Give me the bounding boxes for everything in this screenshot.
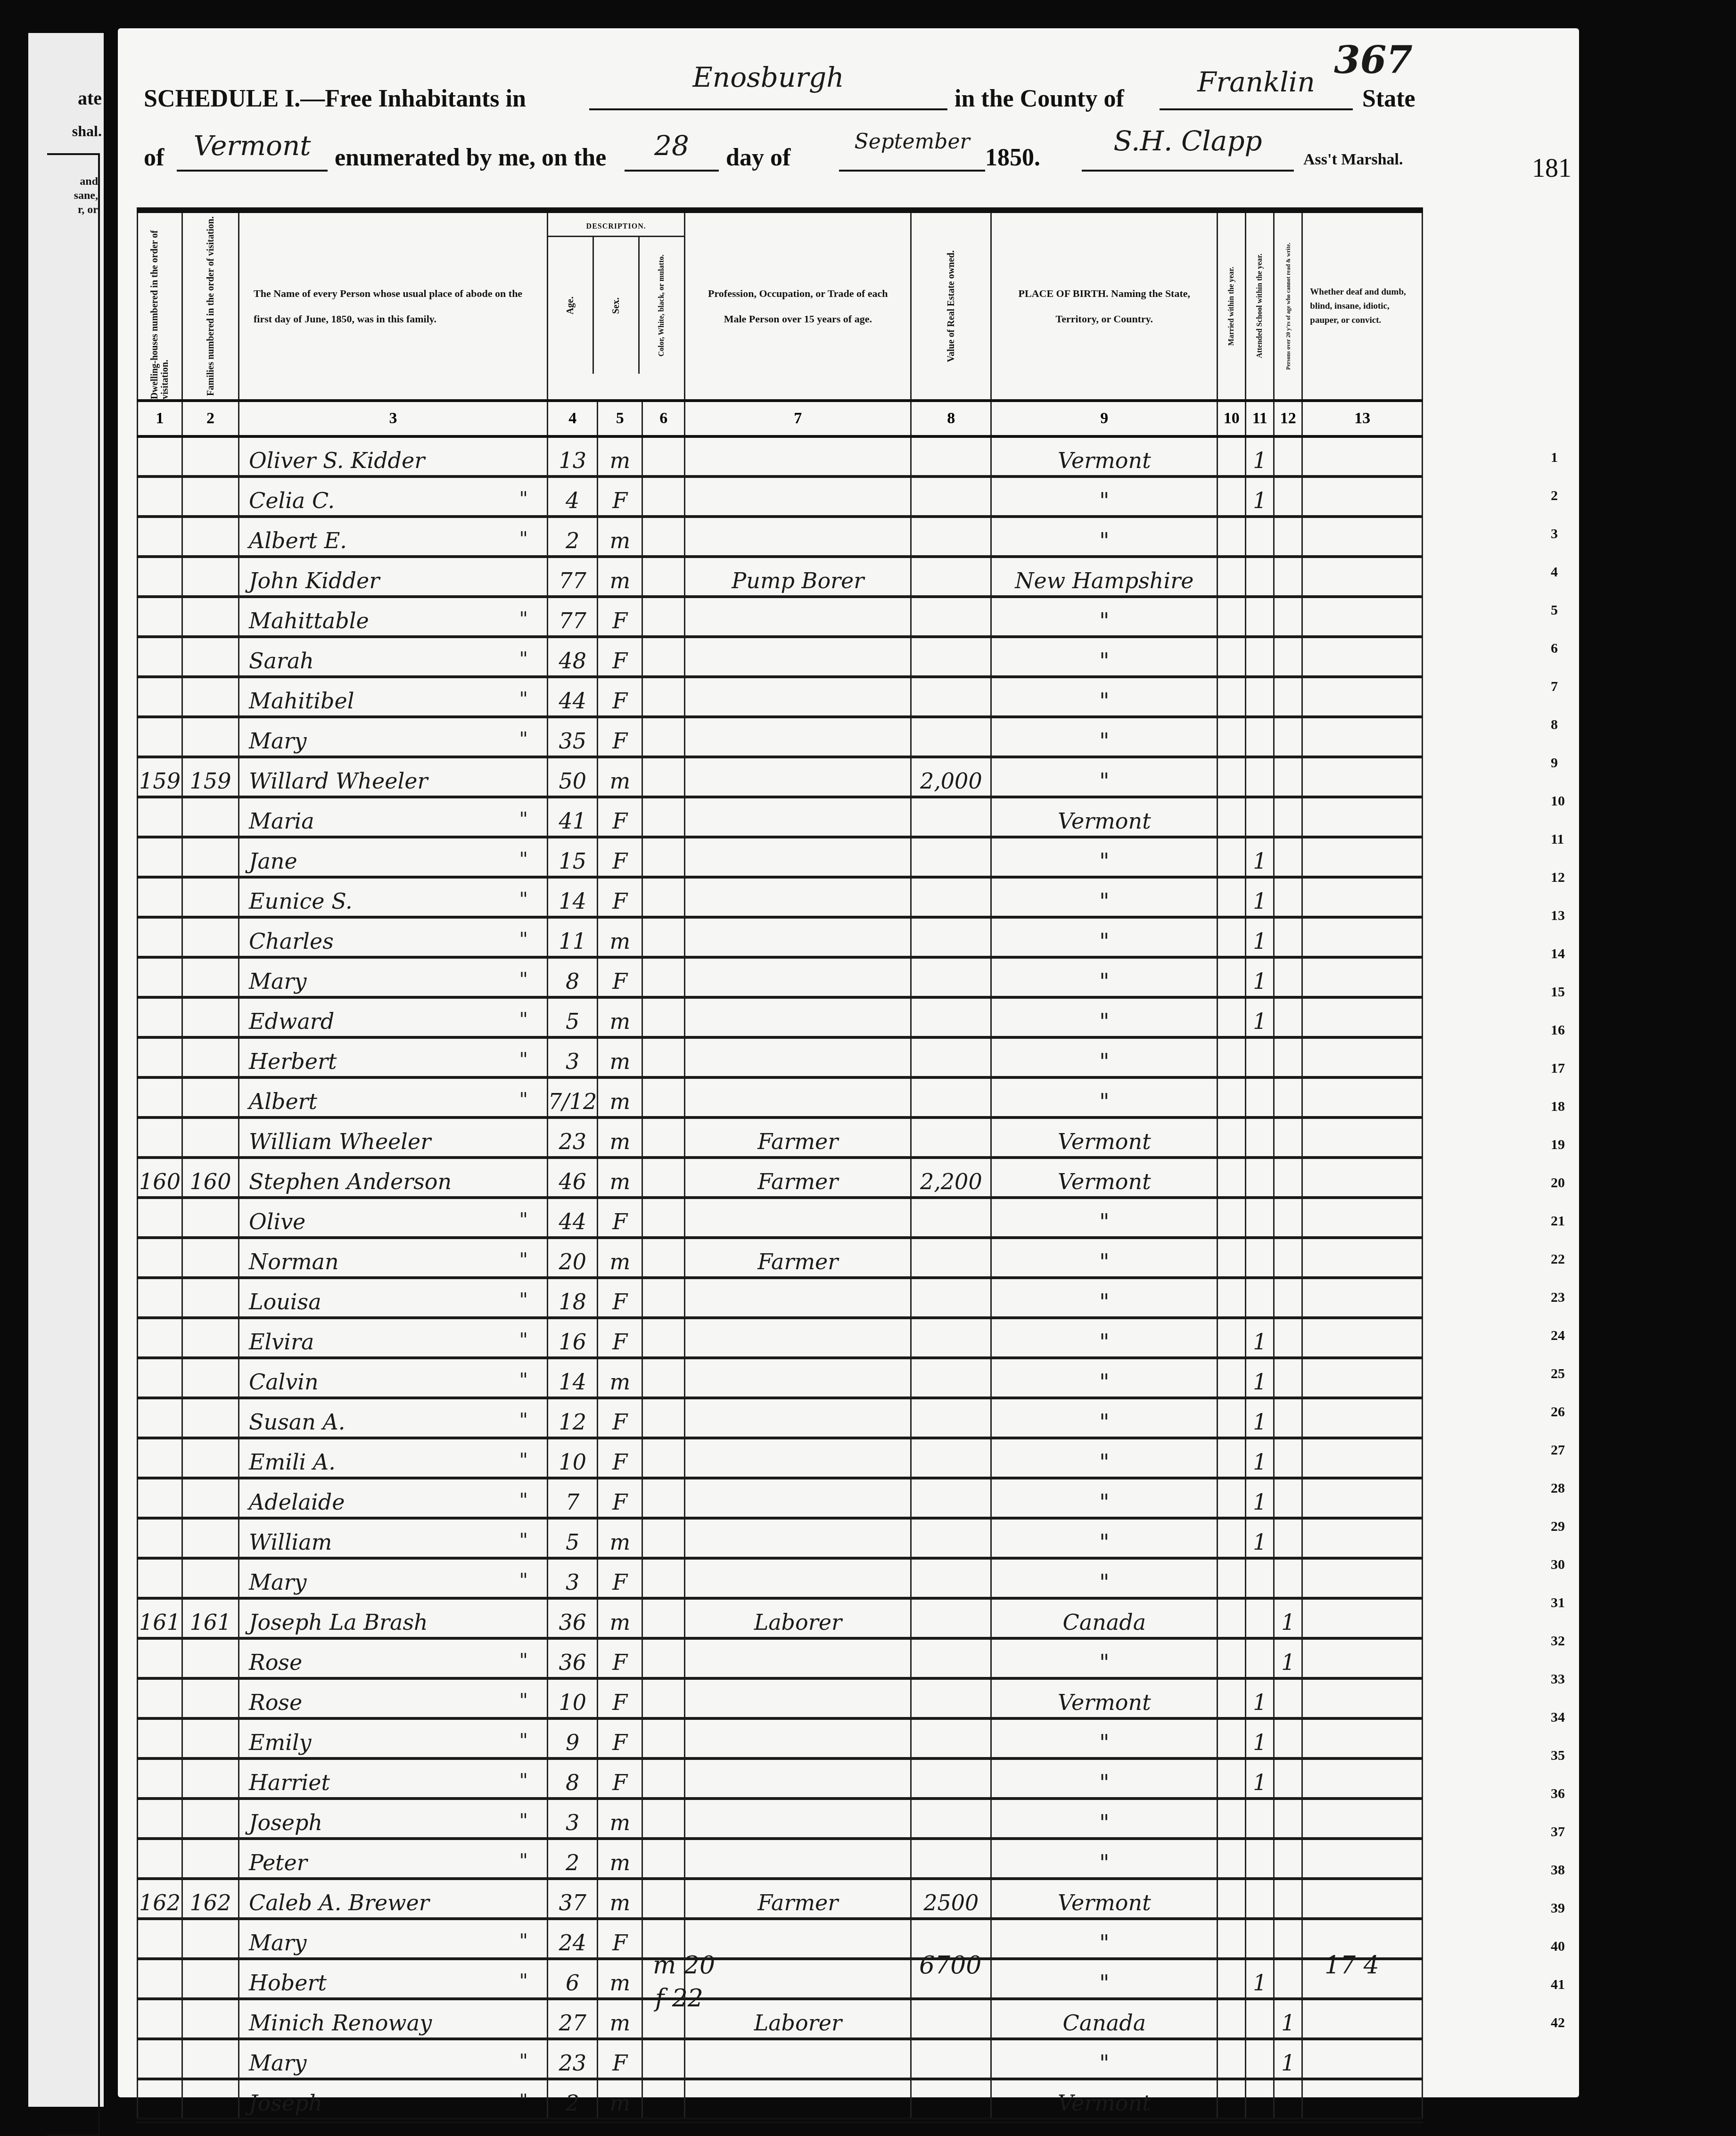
occupation-cell [685,997,911,1037]
illiterate-cell [1274,1558,1302,1598]
person-name: Mahittable [249,608,369,633]
dwelling-cell [138,1678,182,1718]
real-estate-cell [911,997,991,1037]
table-row: 162162Caleb A. Brewer37mFarmer2500Vermon… [138,1879,1423,1919]
color-cell [642,1077,685,1117]
family-cell [182,997,239,1037]
line-number: 3 [1551,526,1558,542]
state-field: Vermont [177,130,328,172]
family-cell [182,2039,239,2079]
illiterate-cell [1274,517,1302,557]
dwelling-cell [138,1037,182,1077]
person-name: Willard Wheeler [249,768,428,794]
condition-cell [1302,997,1423,1037]
birthplace-cell: New Hampshire [991,557,1218,597]
line-number: 42 [1551,2015,1565,2031]
condition-cell [1302,1638,1423,1678]
illiterate-cell [1274,1158,1302,1198]
color-cell [642,957,685,997]
condition-cell [1302,717,1423,757]
surname-ditto: " [519,1690,528,1715]
family-cell [182,957,239,997]
person-name-cell: Harriet" [239,1758,548,1799]
surname-ditto: " [519,2090,528,2116]
school-cell [1246,1598,1274,1638]
school-cell: 1 [1246,1398,1274,1438]
surname-ditto: " [519,608,528,633]
person-name-cell: Minich Renoway [239,1999,548,2039]
illiterate-cell [1274,1718,1302,1758]
surname-ditto: " [519,1289,528,1314]
birthplace-cell: " [991,1238,1218,1278]
col-condition-header: Whether deaf and dumb, blind, insane, id… [1302,210,1423,401]
month-field: September [839,130,985,172]
age-cell: 41 [548,797,598,837]
occupation-cell: Pump Borer [685,557,911,597]
married-cell [1218,1278,1246,1318]
family-cell [182,597,239,637]
real-estate-cell [911,1198,991,1238]
birthplace-cell: " [991,837,1218,877]
family-cell [182,797,239,837]
illiterate-cell [1274,677,1302,717]
birthplace-cell: " [991,637,1218,677]
col-occupation-header: Profession, Occupation, or Trade of each… [685,210,911,401]
person-name: Susan A. [249,1409,345,1435]
line-number: 28 [1551,1480,1565,1496]
school-cell: 1 [1246,1318,1274,1358]
family-cell [182,677,239,717]
real-estate-cell: 2,200 [911,1158,991,1198]
table-row: Mary"24F" [138,1919,1423,1959]
person-name: Joseph [249,2090,322,2116]
table-row: Harriet"8F"1 [138,1758,1423,1799]
surname-ditto: " [519,688,528,714]
school-cell [1246,1117,1274,1158]
color-cell [642,1558,685,1598]
occupation-cell [685,1438,911,1478]
person-name: Edward [249,1009,334,1034]
occupation-cell [685,1678,911,1718]
real-estate-cell [911,1598,991,1638]
condition-cell [1302,436,1423,476]
line-number: 18 [1551,1099,1565,1115]
birthplace-cell: " [991,1077,1218,1117]
school-cell [1246,1158,1274,1198]
color-cell [642,717,685,757]
family-cell: 159 [182,757,239,797]
dwelling-cell [138,2079,182,2120]
surname-ditto: " [519,2050,528,2076]
person-name: William Wheeler [249,1129,431,1154]
real-estate-cell: 2500 [911,1879,991,1919]
occupation-cell [685,1959,911,1999]
school-cell: 1 [1246,1678,1274,1718]
married-cell [1218,877,1246,917]
condition-cell [1302,797,1423,837]
person-name: Harriet [249,1770,330,1795]
person-name-cell: Maria" [239,797,548,837]
person-name-cell: Celia C." [239,476,548,517]
occupation-cell [685,917,911,957]
family-cell [182,1318,239,1358]
sex-cell: F [598,1478,642,1518]
illiterate-cell: 1 [1274,1598,1302,1638]
age-cell: 3 [548,1799,598,1839]
line-number: 20 [1551,1175,1565,1191]
age-cell: 7/12 [548,1077,598,1117]
family-cell [182,1438,239,1478]
school-cell [1246,677,1274,717]
birthplace-cell: " [991,476,1218,517]
real-estate-cell [911,1278,991,1318]
person-name: Stephen Anderson [249,1169,452,1194]
person-name-cell: Adelaide" [239,1478,548,1518]
real-estate-cell [911,1518,991,1558]
col-real-estate-header: Value of Real Estate owned. [911,210,991,401]
person-name: Peter [249,1850,307,1875]
married-cell [1218,517,1246,557]
real-estate-cell [911,877,991,917]
line-number: 4 [1551,564,1558,580]
birthplace-cell: " [991,757,1218,797]
color-cell [642,1518,685,1558]
birthplace-cell: " [991,997,1218,1037]
surname-ditto: " [519,648,528,674]
sex-cell: F [598,637,642,677]
occupation-cell [685,877,911,917]
surname-ditto: " [519,1449,528,1475]
sex-cell: F [598,476,642,517]
color-cell [642,597,685,637]
left-marshal-fragment: shal. [72,123,102,140]
family-cell [182,837,239,877]
illiterate-cell [1274,1678,1302,1718]
dwelling-cell [138,1999,182,2039]
real-estate-cell [911,837,991,877]
real-estate-cell [911,1718,991,1758]
color-cell [642,917,685,957]
line-number: 34 [1551,1709,1565,1725]
age-cell: 10 [548,1678,598,1718]
sex-cell: m [598,1037,642,1077]
sex-cell: m [598,1799,642,1839]
married-cell [1218,1879,1246,1919]
birthplace-cell: " [991,1278,1218,1318]
sex-cell: F [598,1558,642,1598]
illiterate-cell [1274,2079,1302,2120]
family-cell [182,1238,239,1278]
person-name: Caleb A. Brewer [249,1890,429,1915]
condition-cell [1302,1398,1423,1438]
married-cell [1218,476,1246,517]
dwelling-cell [138,1959,182,1999]
illiterate-cell [1274,917,1302,957]
condition-cell [1302,1518,1423,1558]
color-cell [642,557,685,597]
illiterate-cell [1274,1879,1302,1919]
sex-cell: m [598,997,642,1037]
illiterate-cell [1274,637,1302,677]
person-name-cell: Hobert" [239,1959,548,1999]
occupation-cell [685,1358,911,1398]
illiterate-cell [1274,957,1302,997]
person-name-cell: Willard Wheeler [239,757,548,797]
family-cell [182,1558,239,1598]
line-number: 26 [1551,1404,1565,1420]
table-row: Charles"11m"1 [138,917,1423,957]
county-label: in the County of [954,85,1124,113]
dwelling-cell [138,1398,182,1438]
person-name: William [249,1529,332,1555]
school-cell: 1 [1246,1959,1274,1999]
family-cell [182,557,239,597]
birthplace-cell: Canada [991,1999,1218,2039]
dwelling-cell: 159 [138,757,182,797]
condition-cell [1302,957,1423,997]
occupation-cell [685,637,911,677]
dwelling-cell [138,1839,182,1879]
dwelling-cell: 161 [138,1598,182,1638]
illiterate-cell [1274,837,1302,877]
person-name-cell: Joseph" [239,1799,548,1839]
person-name-cell: Caleb A. Brewer [239,1879,548,1919]
dwelling-cell [138,2039,182,2079]
year-label: 1850. [985,144,1040,172]
sex-cell: m [598,1158,642,1198]
married-cell [1218,957,1246,997]
occupation-cell [685,1318,911,1358]
col-age-header: Age. [565,296,576,314]
school-cell: 1 [1246,1758,1274,1799]
school-cell [1246,1238,1274,1278]
table-row: John Kidder77mPump BorerNew Hampshire [138,557,1423,597]
person-name-cell: John Kidder [239,557,548,597]
family-cell [182,1117,239,1158]
married-cell [1218,1478,1246,1518]
school-cell [1246,717,1274,757]
illiterate-cell [1274,436,1302,476]
dwelling-cell [138,957,182,997]
condition-cell [1302,1678,1423,1718]
sex-cell: F [598,1318,642,1358]
age-cell: 36 [548,1638,598,1678]
dwelling-cell [138,917,182,957]
table-row: Rose"36F"1 [138,1638,1423,1678]
age-cell: 5 [548,997,598,1037]
surname-ditto: " [519,928,528,954]
line-number: 12 [1551,870,1565,886]
condition-cell [1302,1598,1423,1638]
dwelling-cell: 160 [138,1158,182,1198]
sex-cell: F [598,717,642,757]
town-field: Enosburgh [589,61,947,110]
age-cell: 27 [548,1999,598,2039]
sex-cell: m [598,2079,642,2120]
married-cell [1218,1678,1246,1718]
dwelling-cell [138,717,182,757]
person-name: Emily [249,1730,312,1755]
line-number: 7 [1551,679,1558,695]
dwelling-cell [138,1718,182,1758]
color-cell [642,1598,685,1638]
surname-ditto: " [519,1329,528,1355]
illiterate-cell: 1 [1274,1638,1302,1678]
school-cell [1246,2039,1274,2079]
married-cell [1218,1238,1246,1278]
table-row: Mary"35F" [138,717,1423,757]
table-row: Herbert"3m" [138,1037,1423,1077]
surname-ditto: " [519,1529,528,1555]
person-name: Albert E. [249,528,347,553]
age-cell: 14 [548,1358,598,1398]
birthplace-cell: " [991,1318,1218,1358]
occupation-cell [685,797,911,837]
sex-cell: m [598,1839,642,1879]
illiterate-cell [1274,1238,1302,1278]
line-number: 32 [1551,1633,1565,1649]
line-number: 38 [1551,1862,1565,1878]
person-name-cell: Emili A." [239,1438,548,1478]
married-cell [1218,1919,1246,1959]
illiterate-cell [1274,1037,1302,1077]
col-birthplace-header: PLACE OF BIRTH. Naming the State, Territ… [991,210,1218,401]
table-row: Eunice S."14F"1 [138,877,1423,917]
school-cell [1246,797,1274,837]
real-estate-cell [911,917,991,957]
line-number: 2 [1551,488,1558,504]
real-estate-cell [911,957,991,997]
condition-cell [1302,677,1423,717]
dwelling-cell [138,557,182,597]
condition-cell [1302,877,1423,917]
real-estate-cell [911,1678,991,1718]
occupation-cell [685,1718,911,1758]
surname-ditto: " [519,1409,528,1435]
table-row: Louisa"18F" [138,1278,1423,1318]
color-cell [642,2079,685,2120]
table-row: Mahittable"77F" [138,597,1423,637]
birthplace-cell: " [991,1799,1218,1839]
married-cell [1218,677,1246,717]
color-cell [642,1799,685,1839]
school-cell [1246,1999,1274,2039]
person-name-cell: Mary" [239,1558,548,1598]
person-name-cell: Oliver S. Kidder [239,436,548,476]
age-cell: 2 [548,1839,598,1879]
person-name-cell: Norman" [239,1238,548,1278]
occupation-cell [685,517,911,557]
birthplace-cell: " [991,1037,1218,1077]
dwelling-cell [138,1919,182,1959]
sex-cell: m [598,1879,642,1919]
dwelling-cell [138,1318,182,1358]
occupation-cell [685,837,911,877]
person-name: Minich Renoway [249,2010,432,2036]
illiterate-cell [1274,757,1302,797]
school-cell [1246,557,1274,597]
real-estate-cell [911,597,991,637]
line-number: 27 [1551,1442,1565,1458]
family-cell [182,1919,239,1959]
color-cell [642,517,685,557]
sex-cell: F [598,677,642,717]
family-cell [182,1077,239,1117]
real-estate-cell [911,677,991,717]
col-family-header: Families numbered in the order of visita… [182,210,239,401]
handwritten-page-number: 367 [1334,38,1413,82]
birthplace-cell: Vermont [991,1678,1218,1718]
color-cell [642,1678,685,1718]
color-cell [642,1839,685,1879]
occupation-cell [685,1638,911,1678]
person-name-cell: Jane" [239,837,548,877]
table-row: Adelaide"7F"1 [138,1478,1423,1518]
married-cell [1218,1718,1246,1758]
birthplace-cell: " [991,1438,1218,1478]
family-cell [182,1839,239,1879]
total-males: m 20 [653,1951,715,1980]
person-name: Mary [249,1569,307,1595]
col-sex-header: Sex. [611,297,621,314]
school-cell: 1 [1246,1478,1274,1518]
illiterate-cell [1274,1438,1302,1478]
birthplace-cell: " [991,1638,1218,1678]
illiterate-cell: 1 [1274,1999,1302,2039]
illiterate-cell [1274,557,1302,597]
sex-cell: F [598,957,642,997]
dwelling-cell [138,1278,182,1318]
illiterate-cell [1274,1358,1302,1398]
occupation-cell [685,677,911,717]
illiterate-cell [1274,797,1302,837]
left-page-column-box [47,153,100,2136]
dwelling-cell [138,1478,182,1518]
married-cell [1218,1117,1246,1158]
col-school-header: Attended School within the year. [1246,210,1274,401]
line-number: 1 [1551,450,1558,466]
birthplace-cell: " [991,1758,1218,1799]
school-cell [1246,1879,1274,1919]
age-cell: 23 [548,1117,598,1158]
married-cell [1218,757,1246,797]
color-cell [642,1037,685,1077]
color-cell [642,1398,685,1438]
real-estate-cell [911,1478,991,1518]
line-number: 10 [1551,793,1565,809]
table-row: Mary"23F"1 [138,2039,1423,2079]
school-cell [1246,1278,1274,1318]
sex-cell: F [598,1278,642,1318]
person-name-cell: Eunice S." [239,877,548,917]
age-cell: 2 [548,517,598,557]
dwelling-cell [138,517,182,557]
occupation-cell: Farmer [685,1879,911,1919]
color-cell [642,1198,685,1238]
condition-cell [1302,1077,1423,1117]
line-number: 22 [1551,1251,1565,1267]
married-cell [1218,1558,1246,1598]
illiterate-cell [1274,1919,1302,1959]
condition-cell [1302,637,1423,677]
color-cell [642,1318,685,1358]
person-name: Mary [249,1930,307,1955]
table-row: Norman"20mFarmer" [138,1238,1423,1278]
color-cell [642,1117,685,1158]
age-cell: 4 [548,476,598,517]
line-number: 19 [1551,1137,1565,1153]
person-name-cell: Mary" [239,1919,548,1959]
